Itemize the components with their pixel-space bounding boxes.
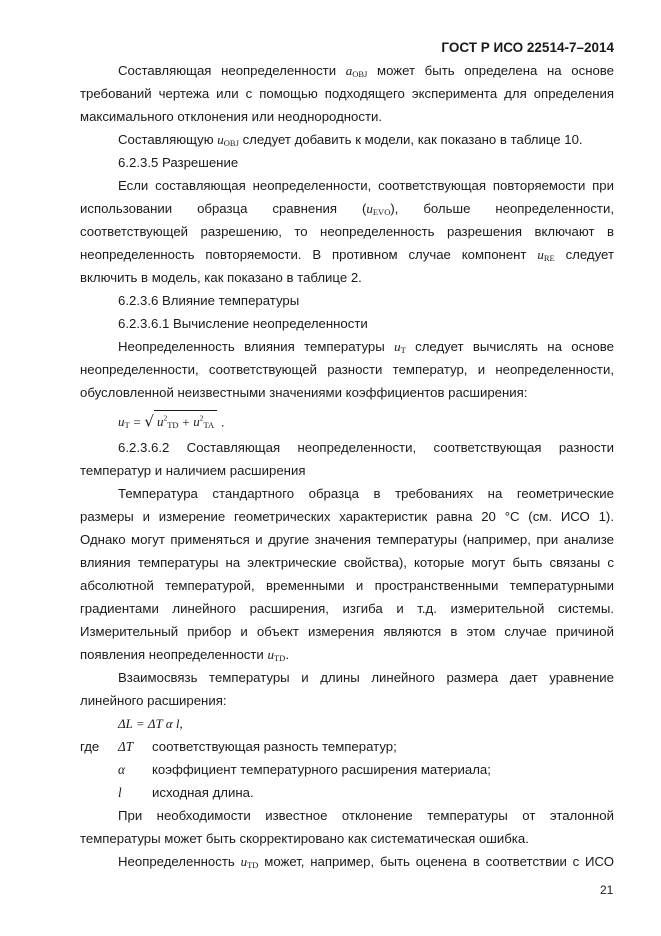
paragraph-line: Взаимосвязь температуры и длины линейног… [118,670,614,686]
paragraph-line: появления неопределенности uTD. [80,647,614,666]
page-number: 21 [600,883,613,897]
formula-linear-expansion: ΔL = ΔT α l, [118,716,614,732]
paragraph-line: соответствующей разрешению, то неопредел… [80,224,614,240]
paragraph-line: максимального отклонения или неоднородно… [80,109,614,125]
paragraph-line: Измерительный прибор и объект измерения … [80,624,614,640]
section-heading: 6.2.3.6 Влияние температуры [118,293,614,309]
section-heading: 6.2.3.6.2 Составляющая неопределенности,… [118,440,614,456]
paragraph-line: Если составляющая неопределенности, соот… [118,178,614,194]
where-definition: соответствующая разность температур; [152,739,397,755]
paragraph-line: Температура стандартного образца в требо… [118,486,614,502]
paragraph-line: Неопределенность влияния температуры uT … [118,339,614,358]
paragraph-line: требований чертежа или с помощью подходя… [80,86,614,102]
where-label: где [80,739,99,755]
paragraph-line: влияния температуры на электрические сво… [80,555,614,571]
where-definition: коэффициент температурного расширения ма… [152,762,491,778]
where-definition: исходная длина. [152,785,254,801]
paragraph-line: размеры и измерение геометрических харак… [80,509,614,525]
paragraph-line: Составляющую uOBJ следует добавить к мод… [118,132,614,151]
paragraph-line: градиентами линейного расширения, изгиба… [80,601,614,617]
paragraph-line: При необходимости известное отклонение т… [118,808,614,824]
paragraph-line: неопределенность повторяемости. В против… [80,247,614,266]
sqrt-icon: √ [144,412,154,430]
section-heading: 6.2.3.6.1 Вычисление неопределенности [118,316,614,332]
paragraph-line: обусловленной неизвестными значениями ко… [80,385,614,401]
formula-uncertainty-temperature: uT = √u2TD + u2TA . [118,410,614,433]
paragraph-line: включить в модель, как показано в таблиц… [80,270,614,286]
document-header: ГОСТ Р ИСО 22514-7–2014 [441,40,614,55]
section-heading: 6.2.3.5 Разрешение [118,155,614,171]
paragraph-line: Однако могут применяться и другие значен… [80,532,614,548]
paragraph-line: использовании образца сравнения (uEVO), … [80,201,614,220]
where-symbol: l [118,785,122,801]
where-symbol: ΔT [118,739,133,755]
paragraph-line: абсолютной температурой, временными и пр… [80,578,614,594]
paragraph-line: Составляющая неопределенности aOBJ может… [118,63,614,82]
section-heading: температур и наличием расширения [80,463,614,479]
paragraph-line: неопределенности, соответствующей разнос… [80,362,614,378]
paragraph-line: температуры может быть скорректировано к… [80,831,614,847]
where-symbol: α [118,762,125,778]
paragraph-line: Неопределенность uTD может, например, бы… [118,854,614,873]
paragraph-line: линейного расширения: [80,693,614,709]
